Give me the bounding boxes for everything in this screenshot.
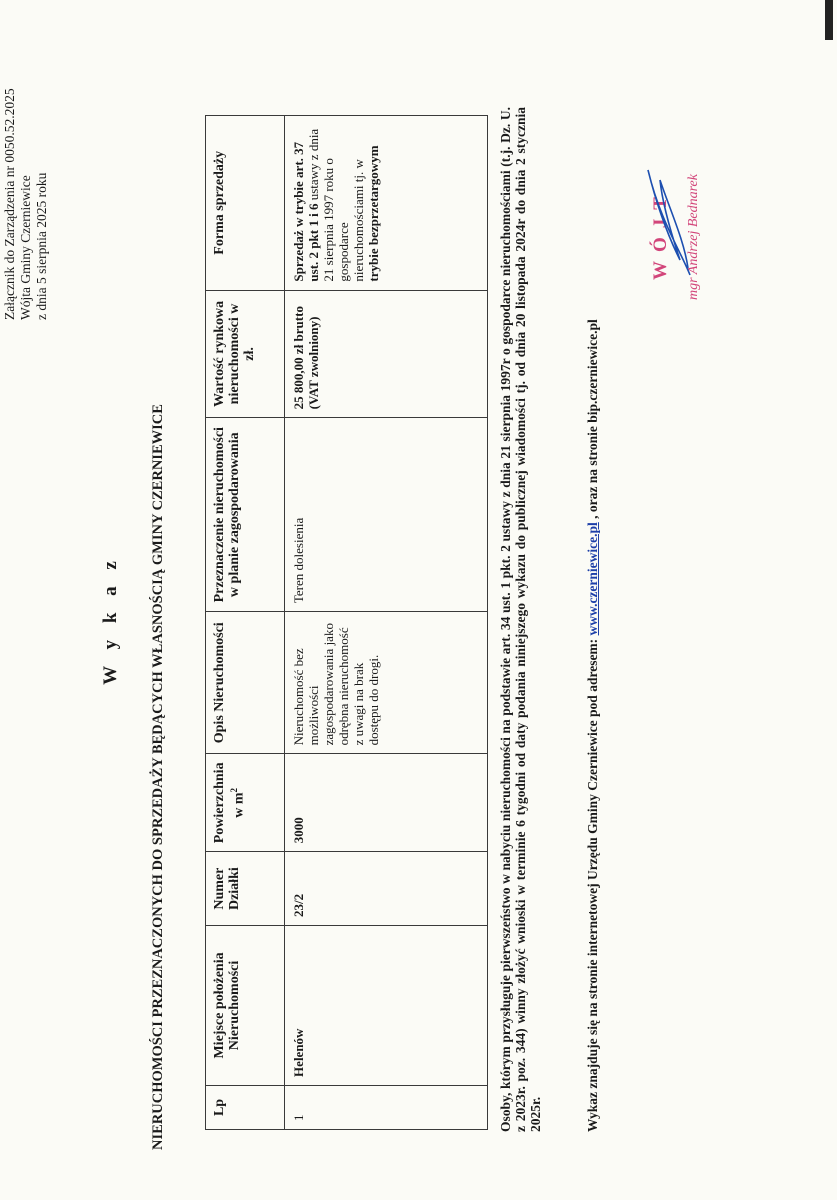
- col-lp: Lp: [206, 1085, 285, 1129]
- cell-lp: 1: [285, 1085, 488, 1129]
- publication-text-before: Wykaz znajduje się na stronie internetow…: [585, 635, 600, 1132]
- attachment-header: Załącznik do Zarządzenia nr 0050.52.2025…: [2, 88, 50, 320]
- col-sale-form: Forma sprzedaży: [206, 116, 285, 291]
- col-value: Wartość rynkowa nieruchomości w zł.: [206, 290, 285, 418]
- header-line-3: z dnia 5 sierpnia 2025 roku: [34, 88, 50, 320]
- publication-notice: Wykaz znajduje się na stronie internetow…: [585, 107, 600, 1132]
- document-subtitle: NIERUCHOMOŚCI PRZEZNACZONYCH DO SPRZEDAŻ…: [150, 150, 167, 1150]
- col-area: Powierzchnia w m2: [206, 754, 285, 852]
- cell-zoning: Teren dolesienia: [285, 418, 488, 612]
- cell-value: 25 800,00 zł brutto (VAT zwolniony): [285, 290, 488, 418]
- table-header-row: Lp Miejsce położenia Nieruchomości Numer…: [206, 116, 285, 1130]
- col-area-label: Powierzchnia w m: [212, 762, 247, 843]
- col-zoning: Przeznaczenie nieruchomości w planie zag…: [206, 418, 285, 612]
- signature-icon: [640, 160, 700, 280]
- header-line-1: Załącznik do Zarządzenia nr 0050.52.2025: [2, 88, 18, 320]
- document-page: Załącznik do Zarządzenia nr 0050.52.2025…: [0, 0, 837, 1200]
- col-area-sup: 2: [229, 788, 239, 793]
- cell-location: Helenów: [285, 925, 488, 1085]
- col-location: Miejsce położenia Nieruchomości: [206, 925, 285, 1085]
- col-plot-number: Numer Działki: [206, 852, 285, 926]
- cell-plot-number: 23/2: [285, 852, 488, 926]
- sale-form-bold-b: trybie bezprzetargowym: [366, 145, 381, 281]
- priority-notice: Osoby, którym przysługuje pierwszeństwo …: [498, 107, 543, 1132]
- publication-text-after: , oraz na stronie bip.czerniewice.pl: [585, 319, 600, 522]
- cell-area: 3000: [285, 754, 488, 852]
- cell-description: Nieruchomość bez możliwości zagospodarow…: [285, 612, 488, 754]
- table-row: 1 Helenów 23/2 3000 Nieruchomość bez moż…: [285, 116, 488, 1130]
- header-line-2: Wójta Gminy Czerniewice: [18, 88, 34, 320]
- website-link[interactable]: www.czerniewice.pl: [585, 522, 600, 635]
- document-title: W y k a z: [100, 40, 122, 1200]
- cell-sale-form: Sprzedaż w trybie art. 37 ust. 2 pkt 1 i…: [285, 116, 488, 291]
- property-table: Lp Miejsce położenia Nieruchomości Numer…: [205, 115, 488, 1130]
- col-description: Opis Nieruchomości: [206, 612, 285, 754]
- scan-edge-mark: [825, 0, 833, 40]
